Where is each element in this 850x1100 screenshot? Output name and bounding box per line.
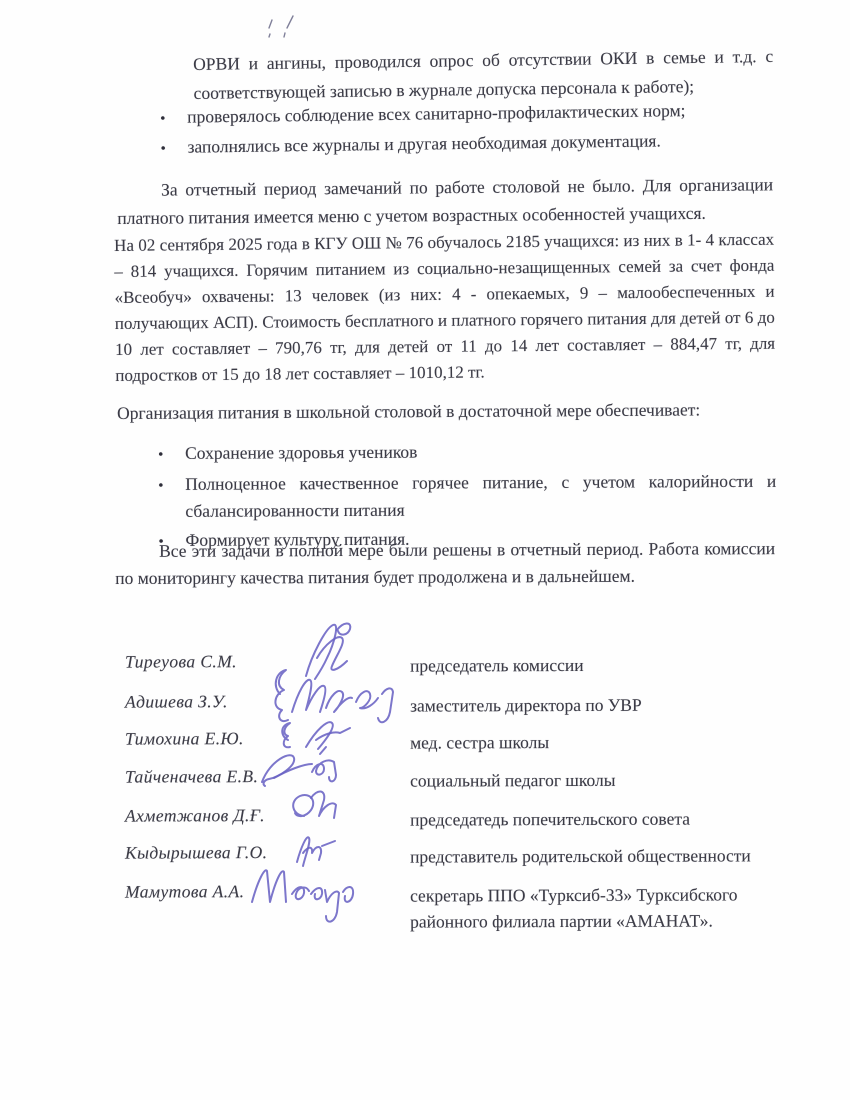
- bullet-marker: •: [160, 111, 187, 128]
- paragraph-report-period: За отчетный период замечаний по работе с…: [117, 171, 773, 232]
- signatory-name: Адишева З.У.: [125, 691, 300, 713]
- signatory-row: Тайченачева Е.В. социальный педагог школ…: [0, 764, 850, 801]
- signatory-name: Тимохина Е.Ю.: [125, 728, 300, 750]
- signatory-role: социальный педагог школы: [410, 766, 775, 793]
- paragraph-statistics: На 02 сентября 2025 года в КГУ ОШ № 76 о…: [114, 227, 775, 389]
- bullet-marker: •: [158, 472, 185, 500]
- list-item: • Полноценное качественное горячее питан…: [158, 467, 776, 525]
- list-item-text: Сохранение здоровья учеников: [185, 437, 776, 468]
- list-item: • Сохранение здоровья учеников: [158, 437, 776, 470]
- bullet-marker: •: [158, 442, 185, 470]
- signatory-row: Ахметжанов Д.Ғ. председатедь попечительс…: [0, 803, 850, 840]
- signatory-name: Тайченачева Е.В.: [125, 766, 300, 788]
- signatory-name: Кыдырышева Г.О.: [125, 842, 300, 864]
- signatory-role: председатель комиссии: [410, 651, 775, 678]
- list-item-text: Полноценное качественное горячее питание…: [185, 467, 776, 525]
- stray-ink-marks: [266, 14, 306, 44]
- signatory-name: Мамутова А.А.: [125, 881, 300, 903]
- scanned-document-page: ОРВИ и ангины, проводился опрос об отсут…: [0, 0, 850, 1100]
- bullet-list-top: • проверялось соблюдение всех санитарно-…: [160, 99, 775, 167]
- signatory-role: представитель родительской общественност…: [410, 842, 775, 869]
- signatory-name: Ахметжанов Д.Ғ.: [125, 805, 300, 827]
- signatory-role: секретарь ППО «Турксиб-33» Турксибского …: [410, 881, 775, 934]
- signatory-row: Адишева З.У. заместитель директора по УВ…: [0, 689, 850, 726]
- signatory-row: Тимохина Е.Ю. мед. сестра школы: [0, 726, 850, 763]
- signatory-row: Тиреуова С.М. председатель комиссии: [0, 649, 850, 686]
- signatory-role: мед. сестра школы: [410, 728, 775, 755]
- bullet-marker: •: [160, 141, 187, 158]
- signatory-role: заместитель директора по УВР: [410, 691, 775, 718]
- signatory-name: Тиреуова С.М.: [125, 651, 300, 673]
- signatory-row: Кыдырышева Г.О. представитель родительск…: [0, 840, 850, 877]
- paragraph-continuation: ОРВИ и ангины, проводился опрос об отсут…: [193, 42, 774, 108]
- paragraph-conclusion: Все эти задачи в полной мере были решены…: [115, 535, 775, 592]
- paragraph-organization: Организация питания в школьной столовой …: [117, 396, 777, 427]
- signatory-row: Мамутова А.А. секретарь ППО «Турксиб-33»…: [0, 879, 850, 916]
- signatory-role: председатедь попечительского совета: [410, 805, 775, 832]
